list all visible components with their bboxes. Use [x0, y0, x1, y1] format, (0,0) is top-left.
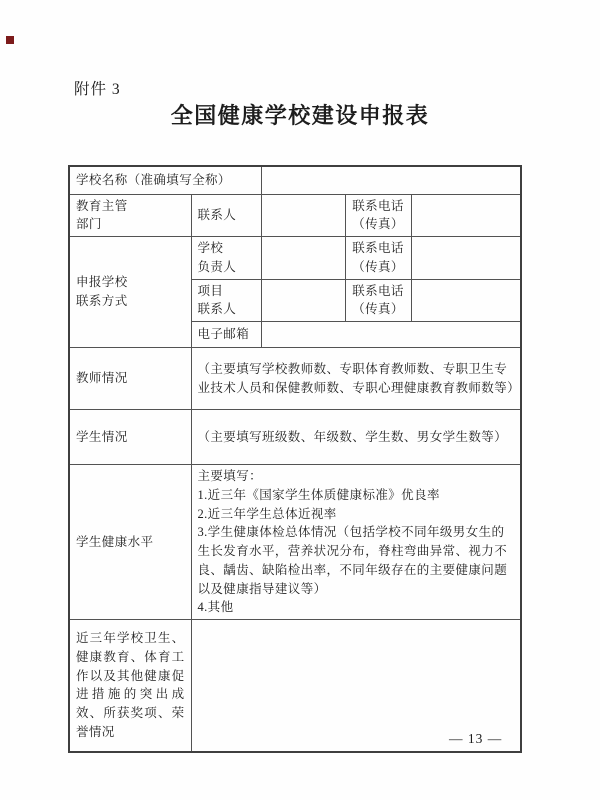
principal-phone-value-cell	[411, 237, 521, 280]
edu-dept-phone-label-cell: 联系电话 （传真）	[345, 194, 411, 237]
project-contact-phone-label-cell: 联系电话 （传真）	[345, 279, 411, 322]
page-number: — 13 —	[449, 731, 502, 747]
email-value-cell	[261, 322, 521, 348]
row-edu-dept: 教育主管 部门 联系人 联系电话 （传真）	[69, 194, 521, 237]
achievements-label-cell: 近三年学校卫生、健康教育、体育工作以及其他健康促进措施的突出成效、所获奖项、荣誉…	[69, 620, 191, 752]
edu-dept-phone-value-cell	[411, 194, 521, 237]
students-hint-cell: （主要填写班级数、年级数、学生数、男女学生数等）	[191, 410, 521, 465]
student-health-hint-cell: 主要填写： 1.近三年《国家学生体质健康标准》优良率 2.近三年学生总体近视率 …	[191, 465, 521, 620]
document-page: 附件 3 全国健康学校建设申报表 学校名称（准确填写全称） 教育主管 部门 联系…	[0, 0, 600, 800]
email-label-cell: 电子邮箱	[191, 322, 261, 348]
edu-dept-contact-value-cell	[261, 194, 345, 237]
school-name-value-cell	[261, 166, 521, 194]
row-teachers: 教师情况 （主要填写学校教师数、专职体育教师数、专职卫生专业技术人员和保健教师数…	[69, 348, 521, 410]
scan-artifact-red-mark	[6, 36, 14, 44]
attachment-label: 附件 3	[74, 77, 121, 99]
edu-dept-label-cell: 教育主管 部门	[69, 194, 191, 237]
row-student-health: 学生健康水平 主要填写： 1.近三年《国家学生体质健康标准》优良率 2.近三年学…	[69, 465, 521, 620]
project-contact-label-cell: 项目 联系人	[191, 279, 261, 322]
student-health-label-cell: 学生健康水平	[69, 465, 191, 620]
school-contact-group-label-cell: 申报学校 联系方式	[69, 237, 191, 348]
page-title: 全国健康学校建设申报表	[0, 99, 600, 130]
principal-value-cell	[261, 237, 345, 280]
teachers-label-cell: 教师情况	[69, 348, 191, 410]
project-contact-value-cell	[261, 279, 345, 322]
students-label-cell: 学生情况	[69, 410, 191, 465]
school-name-label-cell: 学校名称（准确填写全称）	[69, 166, 261, 194]
project-contact-phone-value-cell	[411, 279, 521, 322]
row-principal: 申报学校 联系方式 学校 负责人 联系电话 （传真）	[69, 237, 521, 280]
principal-label-cell: 学校 负责人	[191, 237, 261, 280]
teachers-hint-cell: （主要填写学校教师数、专职体育教师数、专职卫生专业技术人员和保健教师数、专职心理…	[191, 348, 521, 410]
row-students: 学生情况 （主要填写班级数、年级数、学生数、男女学生数等）	[69, 410, 521, 465]
principal-phone-label-cell: 联系电话 （传真）	[345, 237, 411, 280]
row-school-name: 学校名称（准确填写全称）	[69, 166, 521, 194]
application-form-table: 学校名称（准确填写全称） 教育主管 部门 联系人 联系电话 （传真） 申报学校 …	[68, 165, 522, 753]
edu-dept-contact-label-cell: 联系人	[191, 194, 261, 237]
